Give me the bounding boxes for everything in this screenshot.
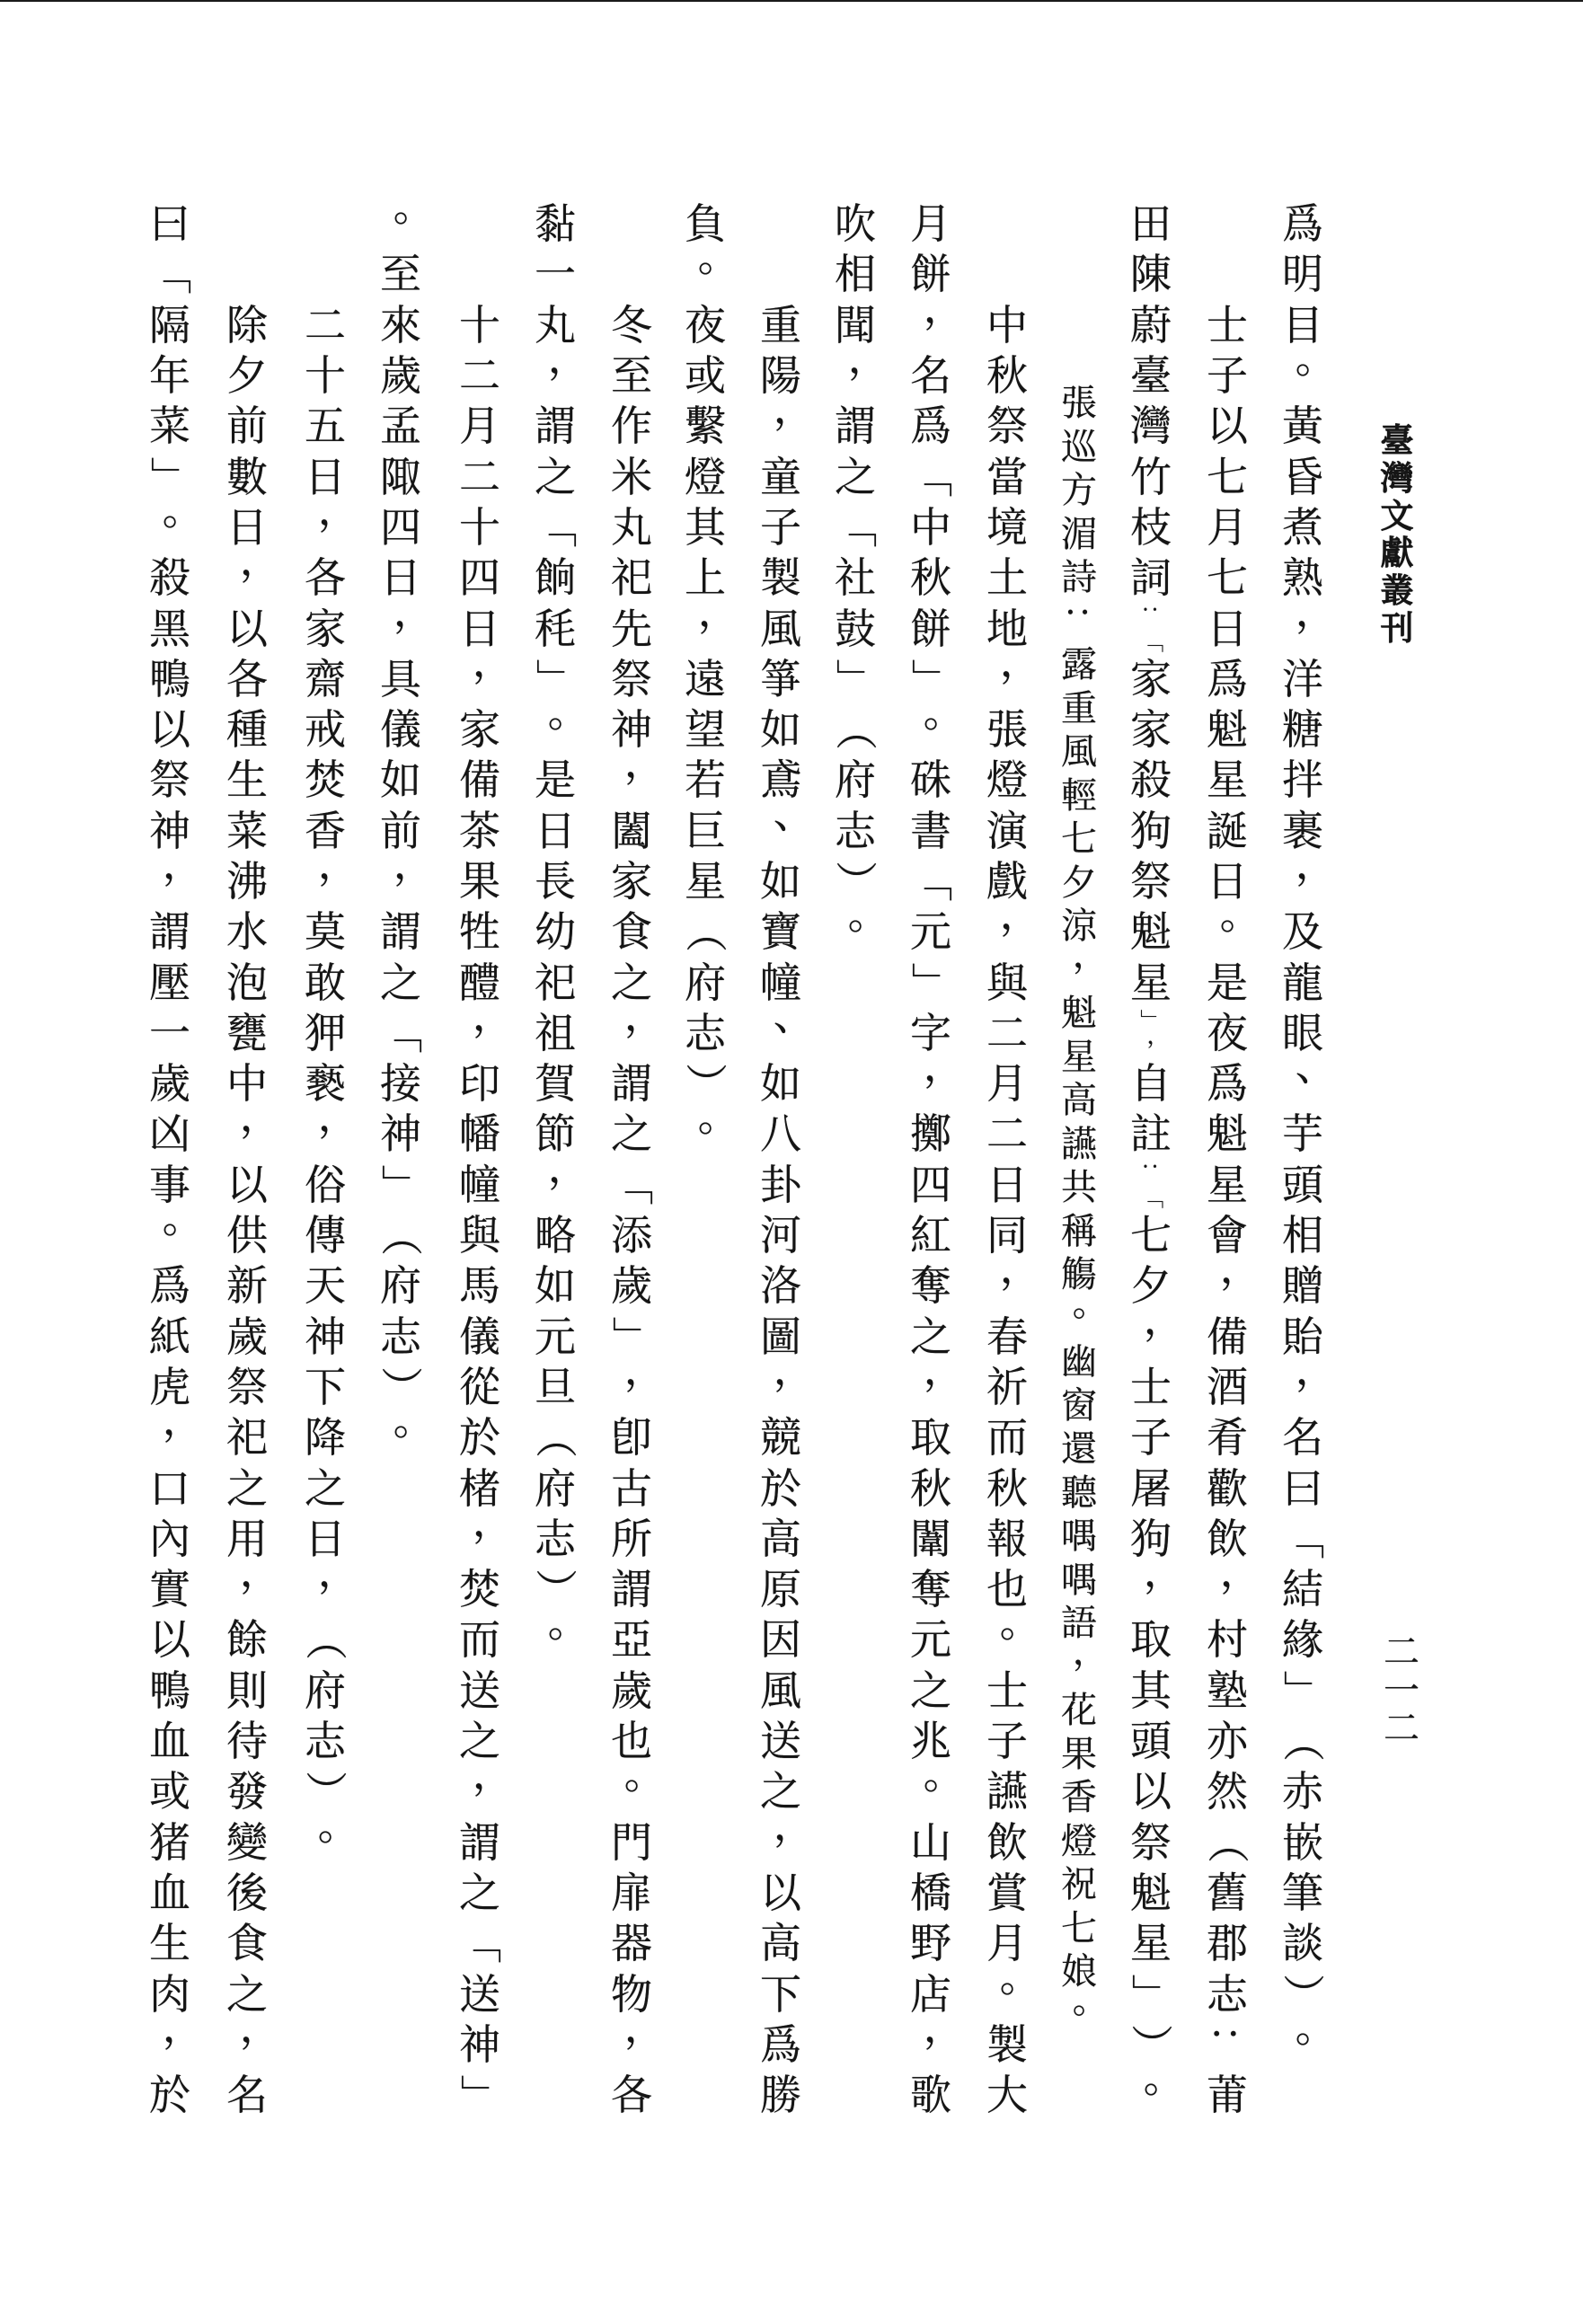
glyph-cell: 之 <box>818 451 893 501</box>
glyph: 之 <box>910 1670 951 1711</box>
glyph: 實 <box>149 1568 190 1610</box>
glyph-cell: 二 <box>969 1008 1045 1058</box>
glyph-cell: ， <box>818 350 893 401</box>
glyph-cell: 神 <box>442 2019 517 2070</box>
glyph-cell: 子 <box>969 1716 1045 1766</box>
glyph-cell: 莆 <box>1189 2070 1265 2120</box>
punctuation-glyph: ， <box>318 490 359 531</box>
glyph: 從 <box>459 1366 500 1408</box>
glyph-cell: 府 <box>363 1260 438 1311</box>
glyph-cell: 賀 <box>517 1058 593 1109</box>
glyph-cell: 至 <box>363 249 438 299</box>
glyph-cell: ， <box>442 654 517 704</box>
glyph-cell: 夕 <box>209 350 285 401</box>
glyph-cell: 旦 <box>517 1362 593 1412</box>
text-column: 田陳蔚臺灣竹枝詞：「家家殺狗祭魁星」，自註：「七夕，士子屠狗，取其頭以祭魁星」）… <box>1113 199 1189 2120</box>
glyph-cell: 四 <box>442 552 517 603</box>
glyph: 元 <box>910 1619 951 1660</box>
glyph: 年 <box>149 355 190 396</box>
vertical-punctuation-glyph: 」 <box>380 1164 421 1206</box>
glyph-cell: ：「 <box>1113 1160 1189 1210</box>
glyph-cell: ， <box>1189 1260 1265 1311</box>
vertical-punctuation-glyph: （ <box>835 709 876 750</box>
punctuation-glyph: ， <box>1000 894 1041 935</box>
glyph-cell: 星 <box>1113 1918 1189 1968</box>
glyph-cell: 歡 <box>1189 1462 1265 1513</box>
glyph: 天 <box>305 1265 346 1306</box>
glyph-cell: 卽 <box>594 1412 669 1462</box>
glyph: 日 <box>535 810 576 852</box>
glyph: 十 <box>459 305 500 346</box>
glyph: 神 <box>380 1113 421 1154</box>
glyph: 二 <box>1384 1710 1419 1746</box>
glyph: 待 <box>226 1720 268 1762</box>
glyph: 魁 <box>1061 995 1097 1031</box>
glyph: 隔 <box>149 305 190 346</box>
glyph-cell: 紙 <box>132 1312 208 1362</box>
glyph-cell: ， <box>1113 1312 1189 1362</box>
glyph: 中 <box>986 305 1028 346</box>
glyph-cell: 枝 <box>1113 502 1189 552</box>
glyph: 儀 <box>459 1316 500 1357</box>
glyph-cell: 。 <box>1113 2070 1189 2120</box>
glyph: 於 <box>149 2074 190 2116</box>
glyph-cell: 聽 <box>1052 1471 1106 1515</box>
glyph: 灣 <box>1130 405 1172 446</box>
glyph-cell: 祭 <box>1113 1817 1189 1868</box>
glyph-cell: 謂 <box>594 1058 669 1109</box>
glyph: 之 <box>535 456 576 498</box>
glyph-cell: 一 <box>1379 1672 1424 1710</box>
glyph-cell: ， <box>287 856 363 906</box>
glyph-cell: 謂 <box>818 401 893 451</box>
glyph-cell: 相 <box>818 249 893 299</box>
glyph-cell: 二 <box>442 350 517 401</box>
glyph-cell: 祝 <box>1052 1863 1106 1907</box>
glyph: 競 <box>760 1417 801 1458</box>
glyph-cell: 秋 <box>969 1462 1045 1513</box>
glyph: 敢 <box>305 962 346 1003</box>
glyph: 秋 <box>910 557 951 598</box>
glyph: 謂 <box>835 405 876 446</box>
glyph: 或 <box>685 355 726 396</box>
glyph-cell: （ <box>363 1210 438 1260</box>
glyph-cell: 祭 <box>209 1362 285 1412</box>
glyph: 八 <box>760 1113 801 1154</box>
glyph: 然 <box>1207 1771 1248 1812</box>
glyph-cell: 洋 <box>1265 654 1340 704</box>
glyph-cell: 七 <box>1189 552 1265 603</box>
glyph-cell: 元 <box>517 1312 593 1362</box>
glyph: 器 <box>611 1922 652 1964</box>
glyph-cell: 頭 <box>1265 1160 1340 1210</box>
glyph: 焚 <box>459 1568 500 1610</box>
glyph: 卽 <box>611 1417 652 1458</box>
glyph-cell: 泡 <box>209 957 285 1007</box>
glyph-cell: 吹 <box>818 199 893 249</box>
glyph-cell: 焚 <box>442 1564 517 1614</box>
glyph: 餅 <box>910 608 951 649</box>
glyph: 送 <box>459 1974 500 2015</box>
glyph-cell: 爲 <box>1265 199 1340 249</box>
glyph-cell: 奪 <box>893 1564 968 1614</box>
glyph-cell: 繫 <box>668 401 743 451</box>
glyph: 製 <box>986 2024 1028 2065</box>
punctuation-glyph: ， <box>163 844 204 885</box>
glyph: 花 <box>1061 1692 1097 1728</box>
glyph: 之 <box>380 962 421 1003</box>
glyph: 秋 <box>986 1468 1028 1509</box>
glyph: 芋 <box>1282 1113 1323 1154</box>
glyph: 頭 <box>1130 1720 1172 1762</box>
glyph-cell: 數 <box>209 451 285 501</box>
vertical-punctuation-glyph: 「 <box>149 253 190 295</box>
glyph-cell: 昏 <box>1265 451 1340 501</box>
glyph: 重 <box>760 305 801 346</box>
punctuation-glyph: ， <box>1220 1551 1261 1593</box>
punctuation-glyph: 。 <box>1296 338 1337 379</box>
punctuation-glyph: ， <box>1000 641 1041 682</box>
glyph-cell: 誕 <box>1189 806 1265 856</box>
glyph: 二 <box>1384 1634 1419 1670</box>
glyph-cell: 各 <box>209 654 285 704</box>
glyph: 鴨 <box>149 658 190 700</box>
glyph: 星 <box>1207 759 1248 800</box>
glyph: 七 <box>1207 557 1248 598</box>
punctuation-glyph: 。 <box>394 186 435 227</box>
glyph-cell: 。 <box>969 1968 1045 2019</box>
glyph-cell: 露 <box>1052 643 1106 687</box>
glyph: 之 <box>305 1468 346 1509</box>
glyph: 印 <box>459 1063 500 1104</box>
glyph-cell: （ <box>1265 1716 1340 1766</box>
glyph: 黑 <box>149 608 190 649</box>
vertical-punctuation-glyph: （ <box>685 911 726 952</box>
glyph-cell: 殺 <box>1113 755 1189 805</box>
glyph: 煮 <box>1282 507 1323 548</box>
glyph-cell: 八 <box>743 1109 818 1159</box>
glyph: 繫 <box>685 405 726 446</box>
glyph-cell: 家 <box>1113 704 1189 755</box>
glyph: 牲 <box>459 911 500 952</box>
glyph-cell: 口 <box>132 1462 208 1513</box>
glyph: 幽 <box>1061 1344 1097 1380</box>
glyph-cell: 明 <box>1265 249 1340 299</box>
glyph: 如 <box>535 1265 576 1306</box>
glyph-cell: 謂 <box>517 401 593 451</box>
punctuation-glyph: ， <box>924 2007 965 2048</box>
glyph: 一 <box>535 253 576 295</box>
glyph: 祀 <box>611 557 652 598</box>
glyph-cell: 謂 <box>363 906 438 957</box>
glyph-cell: 志 <box>818 806 893 856</box>
glyph-cell: 下 <box>743 1968 818 2019</box>
glyph-cell: 血 <box>132 1868 208 1918</box>
glyph-cell: 」 <box>363 1160 438 1210</box>
glyph-cell: 讌 <box>969 1766 1045 1816</box>
glyph: 亦 <box>1207 1720 1248 1762</box>
glyph: 士 <box>1130 1366 1172 1408</box>
glyph: 祭 <box>1130 1822 1172 1863</box>
glyph-cell: 。 <box>363 1412 438 1462</box>
glyph-cell: 士 <box>1113 1362 1189 1412</box>
annotation-poem-column: 張巡方湄詩：露重風輕七夕涼，魁星高讌共稱觴。幽窗還聽喁喁語，花果香燈祝七娘。 <box>1052 382 1106 2037</box>
glyph-cell: 當 <box>969 451 1045 501</box>
glyph-cell: 之 <box>287 1462 363 1513</box>
glyph-cell: 紅 <box>893 1210 968 1260</box>
glyph-cell: 四 <box>893 1160 968 1210</box>
glyph-cell: 魁 <box>1113 906 1189 957</box>
glyph-cell: 元 <box>893 1614 968 1665</box>
glyph-cell: 拌 <box>1265 755 1340 805</box>
glyph-cell: 是 <box>517 755 593 805</box>
glyph: 河 <box>760 1215 801 1256</box>
glyph-cell: 如 <box>743 704 818 755</box>
glyph: 名 <box>910 355 951 396</box>
glyph: 幼 <box>535 911 576 952</box>
glyph: 香 <box>1061 1780 1097 1816</box>
glyph-cell: 志 <box>287 1716 363 1766</box>
vertical-punctuation-glyph: 「 <box>611 1164 652 1206</box>
glyph: 祭 <box>1130 861 1172 902</box>
glyph-cell: 歲 <box>132 1058 208 1109</box>
glyph: 自 <box>1130 1063 1172 1104</box>
vertical-punctuation-glyph: （ <box>1207 1822 1248 1863</box>
running-header-title: 臺灣文獻叢刊 <box>1375 422 1419 647</box>
glyph-cell: ， <box>1113 1564 1189 1614</box>
glyph-cell: 詞 <box>1113 552 1189 603</box>
glyph-cell: ， <box>1265 603 1340 653</box>
glyph-cell: 祭 <box>132 755 208 805</box>
glyph: 詞 <box>1130 557 1172 598</box>
glyph: 之 <box>611 1113 652 1154</box>
glyph-cell: 秋 <box>969 350 1045 401</box>
glyph: 或 <box>149 1771 190 1812</box>
glyph-cell: 臺 <box>1113 350 1189 401</box>
glyph: 生 <box>226 759 268 800</box>
glyph-cell: 星 <box>1113 957 1189 1007</box>
glyph: 二 <box>986 1012 1028 1054</box>
glyph: 則 <box>226 1670 268 1711</box>
glyph: 口 <box>149 1468 190 1509</box>
glyph-cell: 取 <box>1113 1614 1189 1665</box>
glyph-cell: 子 <box>1113 1412 1189 1462</box>
glyph: 二 <box>986 1113 1028 1154</box>
glyph: 爲 <box>1207 658 1248 700</box>
text-column: 中秋祭當境土地，張燈演戲，與二月二日同，春祈而秋報也。士子讌飲賞月。製大 <box>969 300 1045 2121</box>
glyph-cell: 曰 <box>132 199 208 249</box>
glyph-cell: 取 <box>893 1412 968 1462</box>
glyph: 元 <box>535 1316 576 1357</box>
glyph: 洋 <box>1282 658 1323 700</box>
glyph-cell: 風 <box>1052 730 1106 774</box>
glyph-cell: 接 <box>363 1058 438 1109</box>
glyph-cell: 鴨 <box>132 654 208 704</box>
glyph: 以 <box>1207 405 1248 446</box>
glyph: 凶 <box>149 1113 190 1154</box>
glyph-cell: 菜 <box>209 806 285 856</box>
glyph: 闈 <box>910 1518 951 1560</box>
glyph-cell: 橋 <box>893 1868 968 1918</box>
glyph: 血 <box>149 1872 190 1913</box>
glyph-cell: 日 <box>517 806 593 856</box>
glyph-cell: 竹 <box>1113 451 1189 501</box>
glyph-cell: ， <box>594 1362 669 1412</box>
text-column: 黏一丸，謂之「餉秏」。是日長幼祀祖賀節，略如元旦（府志）。 <box>517 199 593 1666</box>
glyph: 志 <box>1207 1974 1248 2015</box>
glyph-cell: ， <box>1052 949 1106 993</box>
glyph: 臺 <box>1381 424 1414 457</box>
glyph-cell: 」， <box>1113 1008 1189 1058</box>
glyph: 原 <box>760 1568 801 1610</box>
glyph: 叢 <box>1381 574 1414 607</box>
glyph-cell: 湄 <box>1052 513 1106 557</box>
glyph: 十 <box>305 355 346 396</box>
glyph: 謂 <box>535 405 576 446</box>
glyph-cell: 爲 <box>1189 654 1265 704</box>
glyph-cell: 魁 <box>1052 992 1106 1036</box>
glyph: 星 <box>685 861 726 902</box>
glyph: 夕 <box>226 355 268 396</box>
glyph-cell: 、 <box>1265 1058 1340 1109</box>
glyph-cell: 塾 <box>1189 1666 1265 1716</box>
glyph-cell: 肴 <box>1189 1412 1265 1462</box>
glyph: 勝 <box>760 2074 801 2116</box>
glyph-cell: 二 <box>287 300 363 350</box>
glyph: 還 <box>1061 1431 1097 1467</box>
text-column: 。至來歲孟陬四日，具儀如前，謂之「接神」（府志）。 <box>363 199 438 1462</box>
glyph: 各 <box>611 2074 652 2116</box>
glyph-cell: 牲 <box>442 906 517 957</box>
glyph: 稱 <box>1061 1214 1097 1250</box>
glyph-cell: 古 <box>594 1462 669 1513</box>
glyph-cell: 叢 <box>1375 572 1419 610</box>
glyph-cell: 燈 <box>1052 1820 1106 1864</box>
glyph-cell: 志 <box>363 1312 438 1362</box>
glyph: 餘 <box>226 1619 268 1660</box>
glyph: 七 <box>1207 456 1248 498</box>
glyph-cell: 從 <box>442 1362 517 1412</box>
glyph-cell: 四 <box>363 502 438 552</box>
glyph-cell: 志 <box>1189 1968 1265 2019</box>
glyph-cell: 秏 <box>517 603 593 653</box>
glyph-cell: （ <box>668 906 743 957</box>
glyph-cell: 待 <box>209 1716 285 1766</box>
glyph: 演 <box>986 810 1028 852</box>
glyph: 拌 <box>1282 759 1323 800</box>
glyph-cell: ， <box>893 1362 968 1412</box>
punctuation-glyph: ， <box>1144 1298 1185 1339</box>
glyph: 沸 <box>226 861 268 902</box>
glyph-cell: 野 <box>893 1918 968 1968</box>
glyph: 茶 <box>459 810 500 852</box>
glyph: 賞 <box>986 1872 1028 1913</box>
glyph-cell: 丸 <box>594 502 669 552</box>
glyph-cell: 祀 <box>517 957 593 1007</box>
glyph: 作 <box>611 405 652 446</box>
glyph: 月 <box>986 1063 1028 1104</box>
glyph-cell: 喁 <box>1052 1515 1106 1559</box>
glyph-cell: ， <box>1265 1362 1340 1412</box>
top-border-line <box>0 0 1583 2</box>
glyph-cell: 曰 <box>1265 1462 1340 1513</box>
glyph-cell: 。 <box>1052 1994 1106 2038</box>
glyph: 焚 <box>305 759 346 800</box>
punctuation-glyph: ， <box>1144 1551 1185 1593</box>
glyph: 箏 <box>760 658 801 700</box>
glyph-cell: 祭 <box>969 401 1045 451</box>
glyph: 紙 <box>149 1316 190 1357</box>
glyph-cell: 略 <box>517 1210 593 1260</box>
glyph: 士 <box>986 1670 1028 1711</box>
vertical-punctuation-glyph: 「 <box>535 507 576 548</box>
glyph-cell: 俗 <box>287 1160 363 1210</box>
glyph: 取 <box>1130 1619 1172 1660</box>
vertical-punctuation-glyph: 」 <box>910 962 951 1003</box>
glyph: 以 <box>149 709 190 750</box>
glyph-cell: 。 <box>132 502 208 552</box>
glyph-cell: 陳 <box>1113 249 1189 299</box>
glyph: 黏 <box>535 203 576 244</box>
glyph: 子 <box>986 1720 1028 1762</box>
glyph: 及 <box>1282 911 1323 952</box>
glyph-cell: ， <box>594 1008 669 1058</box>
glyph: 註 <box>1130 1113 1172 1154</box>
glyph: 野 <box>910 1922 951 1964</box>
glyph-cell: 殺 <box>132 552 208 603</box>
glyph-cell: 高 <box>1052 1079 1106 1123</box>
glyph-cell: 「 <box>818 502 893 552</box>
punctuation-glyph: ， <box>240 1551 281 1593</box>
glyph: 頭 <box>1282 1164 1323 1206</box>
punctuation-glyph: 。 <box>1220 894 1261 935</box>
glyph: 府 <box>685 962 726 1003</box>
glyph-cell: 寶 <box>743 906 818 957</box>
punctuation-glyph: 。 <box>924 1754 965 1795</box>
glyph-cell: 」 <box>818 654 893 704</box>
glyph: 歲 <box>149 1063 190 1104</box>
glyph-cell: 望 <box>668 704 743 755</box>
glyph: 狗 <box>1130 810 1172 852</box>
punctuation-glyph: 。 <box>163 490 204 531</box>
glyph-cell: 擲 <box>893 1109 968 1159</box>
glyph-cell: 送 <box>743 1716 818 1766</box>
glyph: 水 <box>226 911 268 952</box>
glyph: 略 <box>535 1215 576 1256</box>
glyph-cell: 臺 <box>1375 422 1419 460</box>
glyph: 於 <box>760 1468 801 1509</box>
glyph-cell: 狎 <box>287 1008 363 1058</box>
glyph-cell: 之 <box>442 1868 517 1918</box>
punctuation-glyph: 。 <box>1000 1602 1041 1643</box>
glyph: 神 <box>459 2024 500 2065</box>
glyph: 夕 <box>1061 865 1097 901</box>
glyph-cell: 歲 <box>363 350 438 401</box>
glyph-cell: 十 <box>442 300 517 350</box>
glyph-cell: 七 <box>1189 451 1265 501</box>
glyph-cell: 名 <box>209 2070 285 2120</box>
glyph-cell: 高 <box>743 1514 818 1564</box>
punctuation-glyph: ， <box>624 995 666 1037</box>
glyph-cell: ， <box>209 2019 285 2070</box>
glyph-cell: 龍 <box>1265 957 1340 1007</box>
text-column: 二十五日，各家齋戒焚香，莫敢狎褻，俗傳天神下降之日，（府志）。 <box>287 300 363 1868</box>
glyph: 之 <box>459 1872 500 1913</box>
glyph-cell: 。 <box>969 1614 1045 1665</box>
glyph-cell: 一 <box>132 1008 208 1058</box>
glyph: 社 <box>835 557 876 598</box>
glyph-cell: 煮 <box>1265 502 1340 552</box>
